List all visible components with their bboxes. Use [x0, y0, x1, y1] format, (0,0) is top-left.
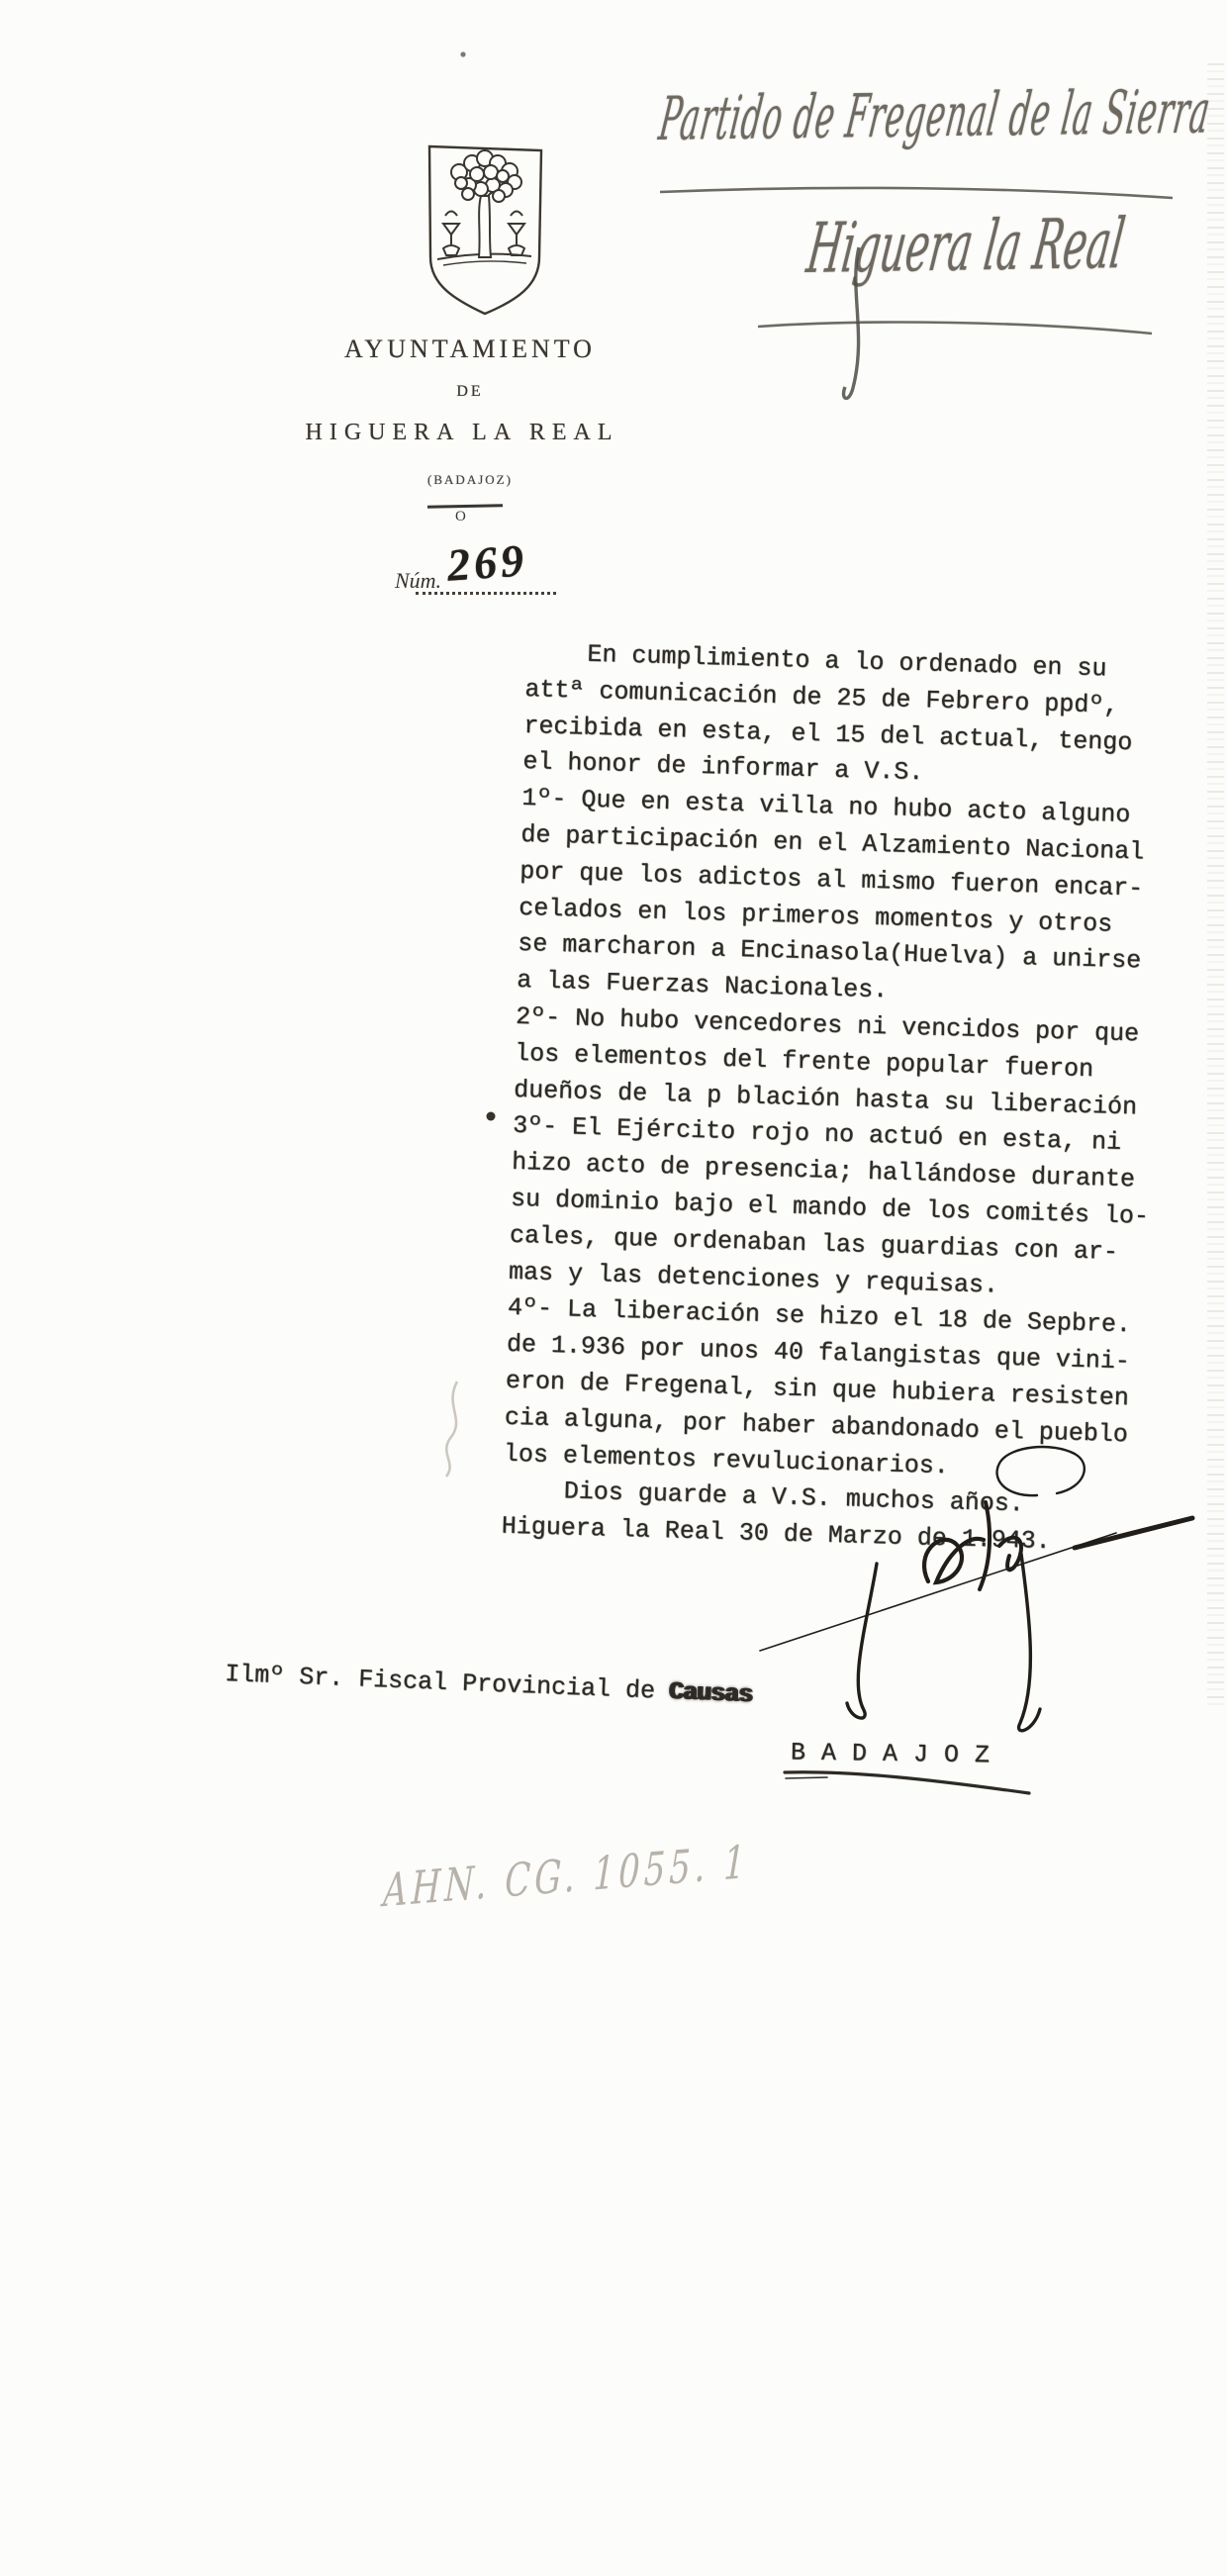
ink-strokes-overlay	[0, 0, 1227, 2576]
margin-pencil-squiggle	[446, 1382, 457, 1477]
ink-specks	[460, 51, 495, 1120]
header-underlines	[660, 188, 1173, 334]
city-stamp-underline	[785, 1772, 1029, 1793]
signature-rubric	[760, 1447, 1192, 1731]
scanned-letter-page: Partido de Fregenal de la Sierra Higuera…	[0, 0, 1227, 2576]
